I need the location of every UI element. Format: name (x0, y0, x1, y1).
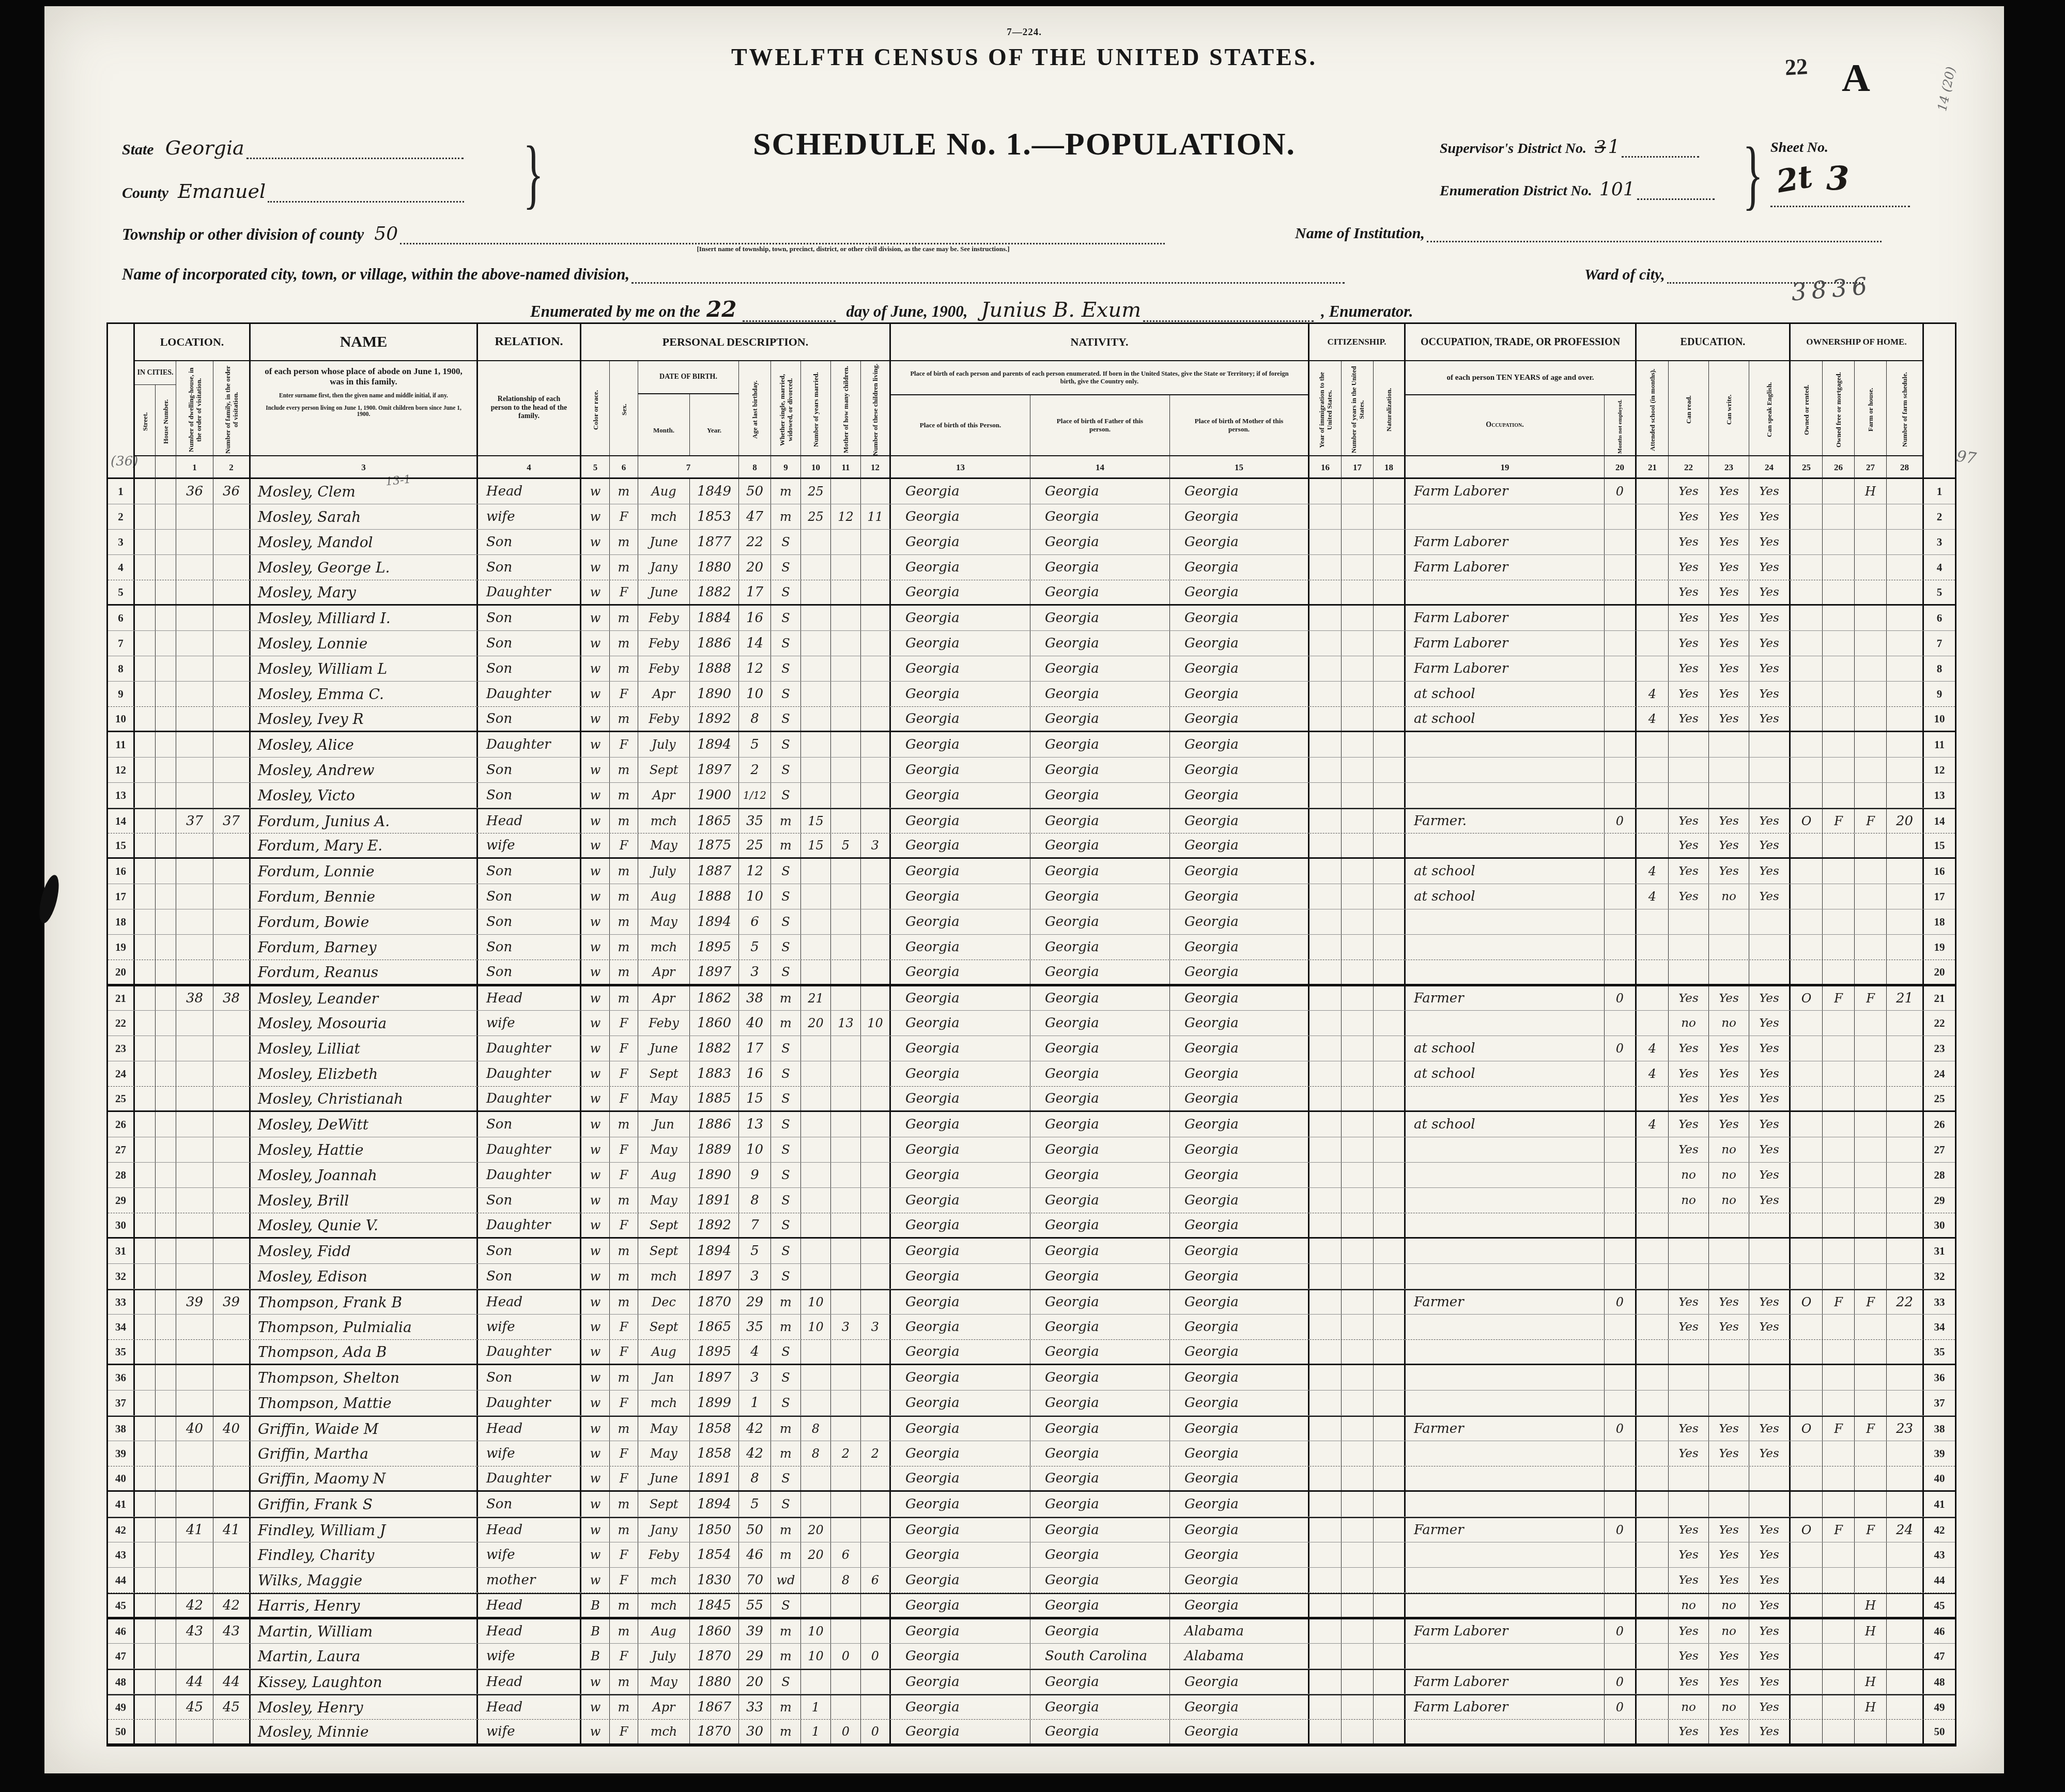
cell-wr: Yes (1709, 530, 1749, 554)
cell-own (1791, 1568, 1823, 1593)
line-number: 19 (1924, 935, 1955, 960)
cell-fs (1887, 606, 1924, 630)
cell-fam (213, 504, 251, 529)
number-cell: 24 (1749, 455, 1791, 479)
col-head-label: Street. (135, 385, 156, 455)
cell-age: 13 (739, 1112, 771, 1137)
cell-own (1791, 1163, 1823, 1187)
cell-fs: 20 (1887, 809, 1924, 833)
cell-pm: Georgia (1170, 1695, 1309, 1719)
state-label: State (122, 141, 154, 158)
cell-sch (1637, 1340, 1669, 1364)
cell-month: July (638, 732, 690, 757)
cell-color: w (581, 707, 610, 731)
cell-fh (1855, 909, 1887, 934)
cell-dw (176, 504, 213, 529)
table-row: 484444Kissey, LaughtonHeadwmMay188020SGe… (108, 1669, 1955, 1694)
cell-own (1791, 1315, 1823, 1339)
table-row: 2Mosley, SarahwifewFmch185347m251211Geor… (108, 504, 1955, 530)
cell-fh (1855, 631, 1887, 656)
cell-fh (1855, 1542, 1887, 1567)
cell-c18 (1374, 833, 1406, 857)
cell-age: 35 (739, 1315, 771, 1339)
cell-cl: 3 (861, 1315, 891, 1339)
cell-mar: S (771, 758, 801, 782)
cell-mc: 0 (831, 1644, 861, 1669)
cell-mc: 5 (831, 833, 861, 857)
cell-house (156, 504, 176, 529)
county-label: County (122, 184, 168, 202)
cell-age: 3 (739, 1264, 771, 1289)
table-row: 3Mosley, MandolSonwmJune187722SGeorgiaGe… (108, 530, 1955, 555)
cell-sch (1637, 1137, 1669, 1162)
line-number: 50 (1924, 1720, 1955, 1743)
line-number: 41 (108, 1492, 135, 1517)
cell-year: 1892 (690, 707, 739, 731)
cell-pf: Georgia (1030, 580, 1170, 604)
cell-pm: Georgia (1170, 1340, 1309, 1364)
state-line (246, 140, 464, 159)
cell-pb: Georgia (891, 1163, 1030, 1187)
cell-mc (831, 1365, 861, 1390)
cell-sex: F (610, 1061, 638, 1086)
cell-street (135, 1011, 156, 1036)
cell-pm: Georgia (1170, 809, 1309, 833)
line-number: 5 (108, 580, 135, 604)
cell-rd (1669, 1213, 1709, 1237)
cell-fam (213, 783, 251, 808)
cell-sch: 4 (1637, 707, 1669, 731)
cell-dw (176, 1315, 213, 1339)
cell-own: O (1791, 809, 1823, 833)
cell-age: 10 (739, 682, 771, 706)
cell-mc (831, 1417, 861, 1441)
cell-dw (176, 1441, 213, 1466)
cell-c18 (1374, 1290, 1406, 1314)
cell-c16 (1309, 783, 1342, 808)
cell-mn (1605, 1163, 1637, 1187)
cell-mn (1605, 1391, 1637, 1415)
cell-name: Mosley, Sarah (251, 504, 478, 529)
cell-rd: Yes (1669, 631, 1709, 656)
cell-name: Findley, Charity (251, 1542, 478, 1567)
cell-en: Yes (1749, 1542, 1791, 1567)
cell-c16 (1309, 707, 1342, 731)
cell-color: w (581, 1518, 610, 1542)
cell-street (135, 1417, 156, 1441)
cell-color: w (581, 1213, 610, 1237)
line-number: 24 (108, 1061, 135, 1086)
cell-en: Yes (1749, 884, 1791, 909)
cell-c17 (1342, 1112, 1374, 1137)
cell-color: w (581, 504, 610, 529)
cell-street (135, 530, 156, 554)
section-title: NAME (251, 324, 478, 361)
cell-mn (1605, 682, 1637, 706)
cell-sex: m (610, 1518, 638, 1542)
cell-c17 (1342, 1720, 1374, 1743)
cell-fs: 22 (1887, 1290, 1924, 1314)
col-head-label: Farm or house. (1855, 361, 1887, 455)
cell-name: Wilks, Maggie (251, 1568, 478, 1593)
cell-dw (176, 555, 213, 580)
cell-pf: Georgia (1030, 682, 1170, 706)
cell-name: Mosley, Minnie (251, 1720, 478, 1743)
cell-name: Mosley, Andrew (251, 758, 478, 782)
cell-dw (176, 1264, 213, 1289)
cell-c18 (1374, 1137, 1406, 1162)
table-row: 10Mosley, Ivey RSonwmFeby18928SGeorgiaGe… (108, 707, 1955, 732)
table-row: 17Fordum, BennieSonwmAug188810SGeorgiaGe… (108, 884, 1955, 909)
cell-c16 (1309, 1568, 1342, 1593)
township-line (400, 225, 1165, 244)
cell-house (156, 986, 176, 1010)
cell-mc (831, 986, 861, 1010)
enumeration-value: 101 (1599, 179, 1635, 200)
cell-pb: Georgia (891, 758, 1030, 782)
cell-ofm (1823, 783, 1855, 808)
cell-year: 1882 (690, 580, 739, 604)
cell-name: Mosley, DeWitt (251, 1112, 478, 1137)
cell-fh: H (1855, 479, 1887, 504)
cell-c18 (1374, 1594, 1406, 1617)
cell-age: 16 (739, 606, 771, 630)
cell-month: mch (638, 1720, 690, 1743)
cell-mc (831, 884, 861, 909)
cell-cl (861, 1213, 891, 1237)
cell-mc (831, 530, 861, 554)
line-number: 22 (1924, 1011, 1955, 1036)
cell-c18 (1374, 1188, 1406, 1213)
col-head-color: Color or race. (581, 361, 610, 455)
cell-pf: Georgia (1030, 1441, 1170, 1466)
line-number: 4 (108, 555, 135, 580)
cell-name: Mosley, Christianah (251, 1087, 478, 1110)
cell-mc (831, 809, 861, 833)
cell-c17 (1342, 884, 1374, 909)
cell-mar: S (771, 631, 801, 656)
col-head-label: Owned free or mortgaged. (1823, 361, 1855, 455)
cell-pm: Georgia (1170, 783, 1309, 808)
cell-month: Jany (638, 555, 690, 580)
cell-house (156, 1518, 176, 1542)
cell-rel: Son (478, 884, 581, 909)
cell-c18 (1374, 580, 1406, 604)
cell-dw (176, 833, 213, 857)
cell-sex: F (610, 1340, 638, 1364)
cell-en: Yes (1749, 1720, 1791, 1743)
table-row: 454242Harris, HenryHeadBmmch184555SGeorg… (108, 1593, 1955, 1618)
cell-dw (176, 1466, 213, 1490)
line-number: 30 (108, 1213, 135, 1237)
cell-name: Mosley, Joannah (251, 1163, 478, 1187)
number-cell: 3 (251, 455, 478, 479)
occupation-head: Occupation. (1406, 395, 1605, 455)
cell-fh (1855, 783, 1887, 808)
cell-pb: Georgia (891, 530, 1030, 554)
cell-rd: Yes (1669, 1518, 1709, 1542)
cell-cl: 2 (861, 1441, 891, 1466)
cell-rd: Yes (1669, 1137, 1709, 1162)
line-number: 5 (1924, 580, 1955, 604)
cell-en: Yes (1749, 1644, 1791, 1669)
cell-rd: Yes (1669, 707, 1709, 731)
cell-mar: S (771, 1365, 801, 1390)
cell-house (156, 1264, 176, 1289)
cell-mn: 0 (1605, 1290, 1637, 1314)
cell-rel: Son (478, 859, 581, 884)
cell-fh (1855, 1315, 1887, 1339)
cell-name: Mosley, Emma C. (251, 682, 478, 706)
cell-occ (1406, 1011, 1605, 1036)
cell-fs: 23 (1887, 1417, 1924, 1441)
cell-street (135, 758, 156, 782)
cell-pm: Georgia (1170, 682, 1309, 706)
cell-color: w (581, 732, 610, 757)
cell-fh: F (1855, 1290, 1887, 1314)
cell-c18 (1374, 809, 1406, 833)
signature-line (1143, 303, 1314, 322)
cell-wr: Yes (1709, 1542, 1749, 1567)
line-number: 20 (1924, 960, 1955, 984)
cell-rel: Daughter (478, 1391, 581, 1415)
cell-fam (213, 884, 251, 909)
cell-year: 1870 (690, 1720, 739, 1743)
cell-fs (1887, 1670, 1924, 1694)
cell-name: Griffin, Waide M (251, 1417, 478, 1441)
cell-name: Thompson, Shelton (251, 1365, 478, 1390)
cell-c16 (1309, 479, 1342, 504)
cell-dw (176, 783, 213, 808)
cell-month: mch (638, 1391, 690, 1415)
cell-house (156, 1188, 176, 1213)
col-head-c17: Number of years in the United States. (1342, 361, 1374, 455)
cell-name: Griffin, Frank S (251, 1492, 478, 1517)
cell-fam (213, 1340, 251, 1364)
col-head-label: Months not employed. (1605, 395, 1636, 455)
cell-fh (1855, 1441, 1887, 1466)
cell-sch (1637, 1391, 1669, 1415)
cell-rd: Yes (1669, 530, 1709, 554)
cell-en: Yes (1749, 606, 1791, 630)
cell-c18 (1374, 606, 1406, 630)
cell-cl: 0 (861, 1644, 891, 1669)
table-row: 11Mosley, AliceDaughterwFJuly18945SGeorg… (108, 732, 1955, 758)
cell-sch (1637, 1087, 1669, 1110)
cell-sex: F (610, 1644, 638, 1669)
cell-rel: Head (478, 1290, 581, 1314)
cell-street (135, 1568, 156, 1593)
cell-c16 (1309, 1340, 1342, 1364)
cell-c17 (1342, 1466, 1374, 1490)
cell-color: w (581, 758, 610, 782)
cell-rel: wife (478, 504, 581, 529)
cell-ym: 25 (801, 504, 831, 529)
cell-rd: Yes (1669, 580, 1709, 604)
cell-year: 1885 (690, 1087, 739, 1110)
cell-own: O (1791, 1518, 1823, 1542)
cell-pf: Georgia (1030, 1315, 1170, 1339)
cell-en (1749, 1213, 1791, 1237)
cell-dw (176, 1112, 213, 1137)
enumerator-signature: Junius B. Exum (981, 298, 1141, 322)
cell-ofm (1823, 1594, 1855, 1617)
cell-house (156, 555, 176, 580)
cell-month: Feby (638, 707, 690, 731)
cell-year: 1875 (690, 833, 739, 857)
cell-mar: S (771, 1213, 801, 1237)
cell-ym: 1 (801, 1720, 831, 1743)
cell-occ (1406, 1568, 1605, 1593)
cell-age: 5 (739, 1492, 771, 1517)
cell-color: w (581, 1315, 610, 1339)
cell-pf: Georgia (1030, 1391, 1170, 1415)
cell-age: 29 (739, 1644, 771, 1669)
col-head-label: Number of family, in the order of visita… (213, 361, 250, 455)
number-cell: 8 (739, 455, 771, 479)
cell-age: 10 (739, 1137, 771, 1162)
cell-c16 (1309, 833, 1342, 857)
cell-dw (176, 935, 213, 960)
cell-pf: Georgia (1030, 1492, 1170, 1517)
cell-dw (176, 1163, 213, 1187)
cell-own (1791, 758, 1823, 782)
cell-wr (1709, 960, 1749, 984)
cell-mc (831, 1061, 861, 1086)
cell-street (135, 1340, 156, 1364)
cell-name: Mosley, Leander (251, 986, 478, 1010)
cell-sch (1637, 1441, 1669, 1466)
cell-mar: S (771, 783, 801, 808)
cell-year: 1850 (690, 1518, 739, 1542)
cell-fam (213, 1036, 251, 1061)
cell-c17 (1342, 1391, 1374, 1415)
cell-ofm: F (1823, 809, 1855, 833)
cell-c16 (1309, 631, 1342, 656)
page-title: TWELFTH CENSUS OF THE UNITED STATES. (44, 43, 2004, 71)
cell-mc: 3 (831, 1315, 861, 1339)
cell-street (135, 1087, 156, 1110)
cell-fh (1855, 1213, 1887, 1237)
cell-fh: F (1855, 986, 1887, 1010)
cell-occ: Farm Laborer (1406, 1670, 1605, 1694)
cell-house (156, 1290, 176, 1314)
cell-c16 (1309, 986, 1342, 1010)
cell-cl (861, 1518, 891, 1542)
cell-mc (831, 1087, 861, 1110)
supervisor-value: 1 (1608, 136, 1620, 158)
number-cell: 22 (1669, 455, 1709, 479)
cell-fs (1887, 758, 1924, 782)
cell-mc: 12 (831, 504, 861, 529)
cell-sch: 4 (1637, 1036, 1669, 1061)
cell-c17 (1342, 1644, 1374, 1669)
cell-year: 1884 (690, 606, 739, 630)
line-number: 29 (1924, 1188, 1955, 1213)
cell-fh: H (1855, 1619, 1887, 1643)
cell-fam (213, 1011, 251, 1036)
cell-c18 (1374, 1391, 1406, 1415)
cell-cl (861, 1061, 891, 1086)
cell-rel: Head (478, 986, 581, 1010)
cell-cl (861, 1188, 891, 1213)
col-head-label: Attended school (in months). (1637, 361, 1669, 455)
cell-dw (176, 1061, 213, 1086)
line-number: 44 (108, 1568, 135, 1593)
cell-fam: 40 (213, 1417, 251, 1441)
cell-street (135, 1441, 156, 1466)
state-value: Georgia (165, 136, 244, 159)
cell-name: Fordum, Barney (251, 935, 478, 960)
cell-ym: 8 (801, 1417, 831, 1441)
number-cell: 13 (891, 455, 1030, 479)
cell-street (135, 606, 156, 630)
cell-rd: Yes (1669, 606, 1709, 630)
number-cell: 15 (1170, 455, 1309, 479)
cell-age: 30 (739, 1720, 771, 1743)
cell-pf: Georgia (1030, 1036, 1170, 1061)
cell-fh: H (1855, 1670, 1887, 1694)
cell-rel: Daughter (478, 1061, 581, 1086)
cell-sch (1637, 809, 1669, 833)
cell-c16 (1309, 530, 1342, 554)
cell-house (156, 580, 176, 604)
supervisor-label: Supervisor's District No. (1440, 141, 1586, 157)
table-row: 12Mosley, AndrewSonwmSept18972SGeorgiaGe… (108, 758, 1955, 783)
cell-c18 (1374, 1163, 1406, 1187)
cell-year: 1882 (690, 1036, 739, 1061)
cell-mn (1605, 758, 1637, 782)
cell-year: 1894 (690, 732, 739, 757)
cell-ofm (1823, 1670, 1855, 1694)
cell-cl (861, 530, 891, 554)
section-title: CITIZENSHIP. (1309, 324, 1406, 361)
col-head-label: Owned or rented. (1791, 361, 1823, 455)
cell-street (135, 1542, 156, 1567)
cell-fam (213, 909, 251, 934)
cell-ofm (1823, 1644, 1855, 1669)
cell-occ (1406, 1365, 1605, 1390)
cell-pm: Georgia (1170, 555, 1309, 580)
cell-mc (831, 859, 861, 884)
cell-own (1791, 656, 1823, 681)
cell-ym (801, 909, 831, 934)
cell-own (1791, 1619, 1823, 1643)
cell-sch (1637, 1188, 1669, 1213)
cell-ym (801, 1163, 831, 1187)
cell-fs (1887, 1365, 1924, 1390)
cell-rd: Yes (1669, 1441, 1709, 1466)
sheet-line (1770, 188, 1910, 207)
cell-age: 40 (739, 1011, 771, 1036)
cell-street (135, 1213, 156, 1237)
table-row: 43Findley, CharitywifewFFeby185446m206Ge… (108, 1542, 1955, 1568)
cell-wr (1709, 732, 1749, 757)
col-head-label: Age at last birthday. (739, 361, 771, 455)
cell-mar: S (771, 1061, 801, 1086)
number-cell (156, 455, 176, 479)
cell-mn (1605, 1315, 1637, 1339)
cell-fam (213, 859, 251, 884)
cell-age: 29 (739, 1290, 771, 1314)
cell-pb: Georgia (891, 1137, 1030, 1162)
cell-c17 (1342, 606, 1374, 630)
line-number: 43 (108, 1542, 135, 1567)
cell-fs: 21 (1887, 986, 1924, 1010)
cell-cl (861, 1137, 891, 1162)
cell-fam (213, 1163, 251, 1187)
county-line (268, 183, 464, 203)
